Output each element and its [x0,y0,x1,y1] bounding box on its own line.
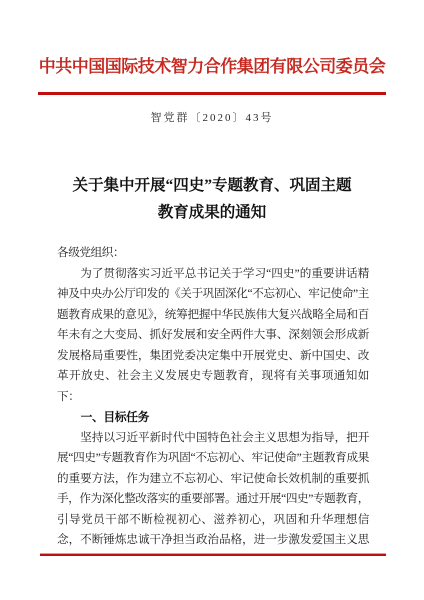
document-title-line1: 关于集中开展“四史”专题教育、巩固主题 [0,172,424,199]
paragraph-1: 为了贯彻落实习近平总书记关于学习“四史”的重要讲话精神及中央办公厅印发的《关于巩… [57,264,369,408]
document-title-line2: 教育成果的通知 [0,199,424,226]
salutation: 各级党组织： [57,243,369,264]
section-heading-1: 一、目标任务 [57,407,369,428]
header-divider-line [38,92,386,95]
paragraph-2: 坚持以习近平新时代中国特色社会主义思想为指导，把开展“四史”专题教育作为巩固“不… [57,428,369,552]
document-body: 各级党组织： 为了贯彻落实习近平总书记关于学习“四史”的重要讲话精神及中央办公厅… [57,243,369,551]
footer-divider-line [40,553,386,556]
header-org-name: 中共中国国际技术智力合作集团有限公司委员会 [0,52,424,77]
document-title: 关于集中开展“四史”专题教育、巩固主题 教育成果的通知 [0,172,424,226]
document-number: 智党群〔2020〕43号 [0,109,424,125]
document-page: 中共中国国际技术智力合作集团有限公司委员会 智党群〔2020〕43号 关于集中开… [0,0,424,600]
